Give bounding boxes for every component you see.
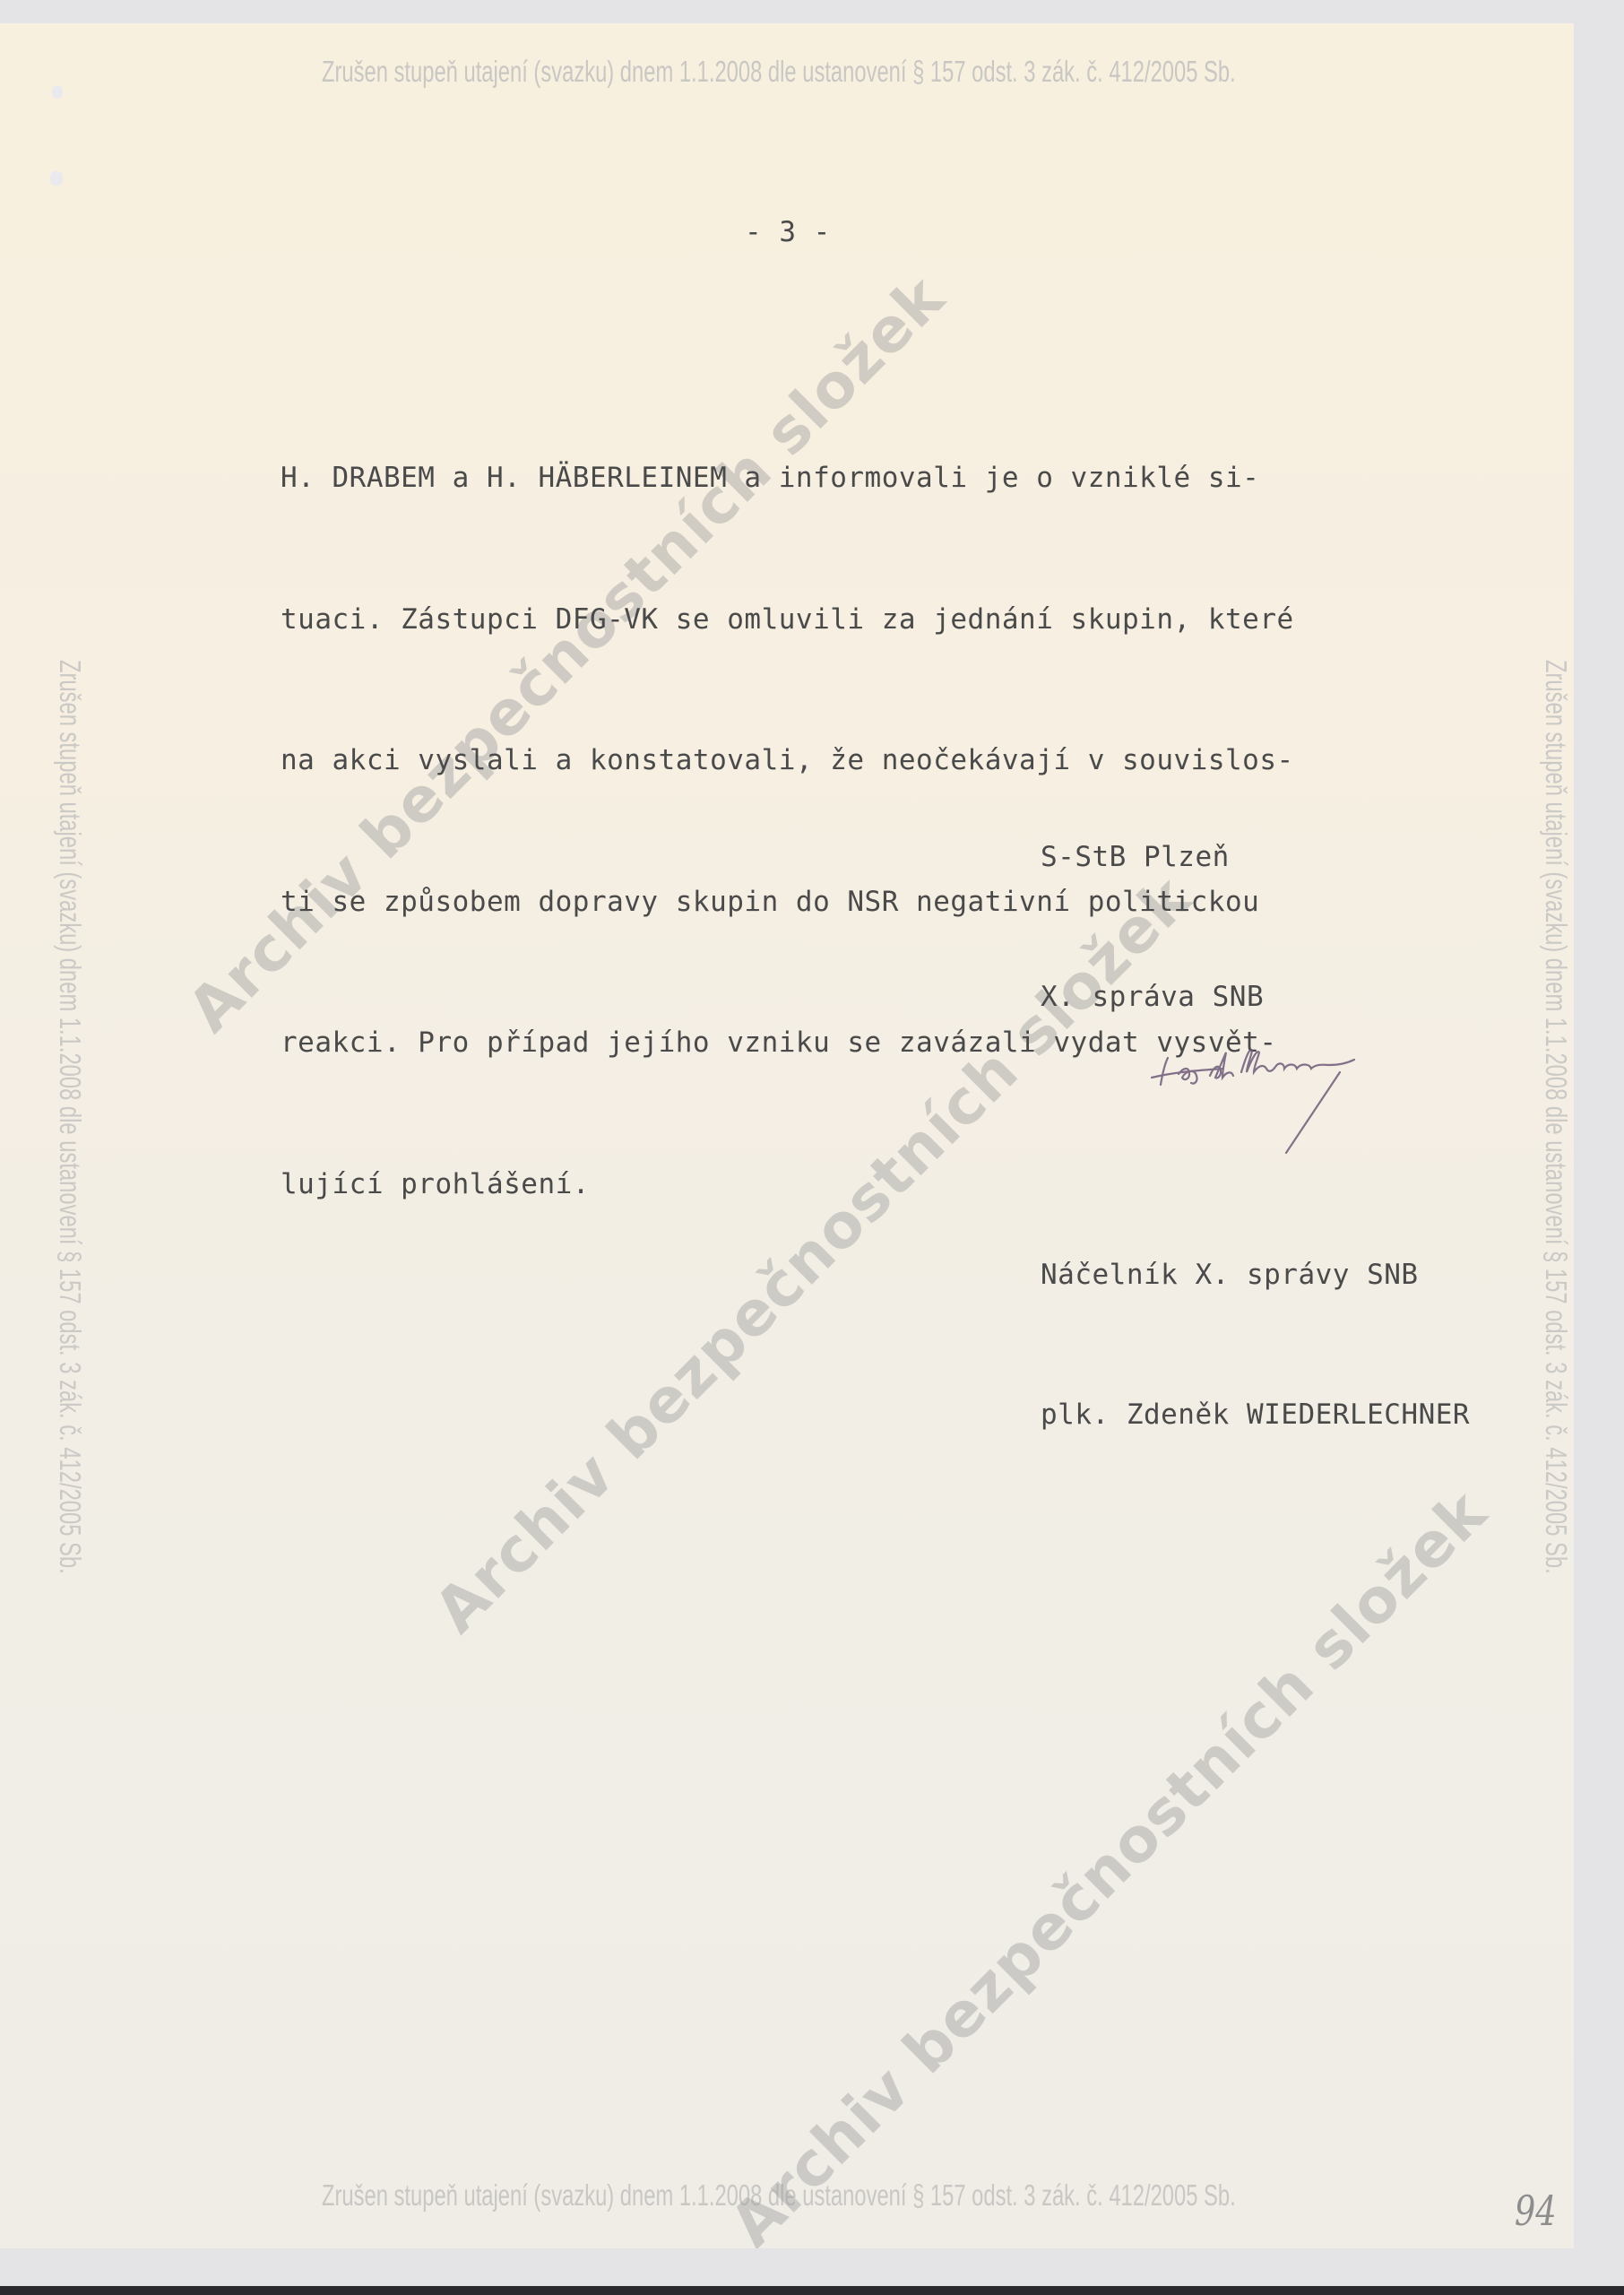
signatory-title: Náčelník X. správy SNB xyxy=(1041,1251,1470,1298)
signatory-name: plk. Zdeněk WIEDERLECHNER xyxy=(1041,1391,1470,1438)
page-number: - 3 - xyxy=(745,216,831,248)
document-page: Zrušen stupeň utajení (svazku) dnem 1.1.… xyxy=(0,23,1574,2248)
body-line: H. DRABEM a H. HÄBERLEINEM a informovali… xyxy=(281,455,1294,502)
body-line: tuaci. Zástupci DFG-VK se omluvili za je… xyxy=(281,596,1294,644)
declassification-stamp-right: Zrušen stupeň utajení (svazku) dnem 1.1.… xyxy=(1539,660,1573,1574)
handwritten-signature-icon xyxy=(1125,1045,1501,1162)
archive-watermark: Archiv bezpečnostních složek xyxy=(717,1477,1500,2248)
declassification-stamp-left: Zrušen stupeň utajení (svazku) dnem 1.1.… xyxy=(53,660,87,1574)
sender-unit: S-StB Plzeň xyxy=(1041,834,1470,880)
declassification-stamp-top: Zrušen stupeň utajení (svazku) dnem 1.1.… xyxy=(322,55,1236,89)
scan-edge xyxy=(0,2286,1624,2295)
punch-hole xyxy=(50,171,63,186)
folio-number: 94 xyxy=(1515,2187,1557,2235)
punch-hole xyxy=(52,86,63,99)
